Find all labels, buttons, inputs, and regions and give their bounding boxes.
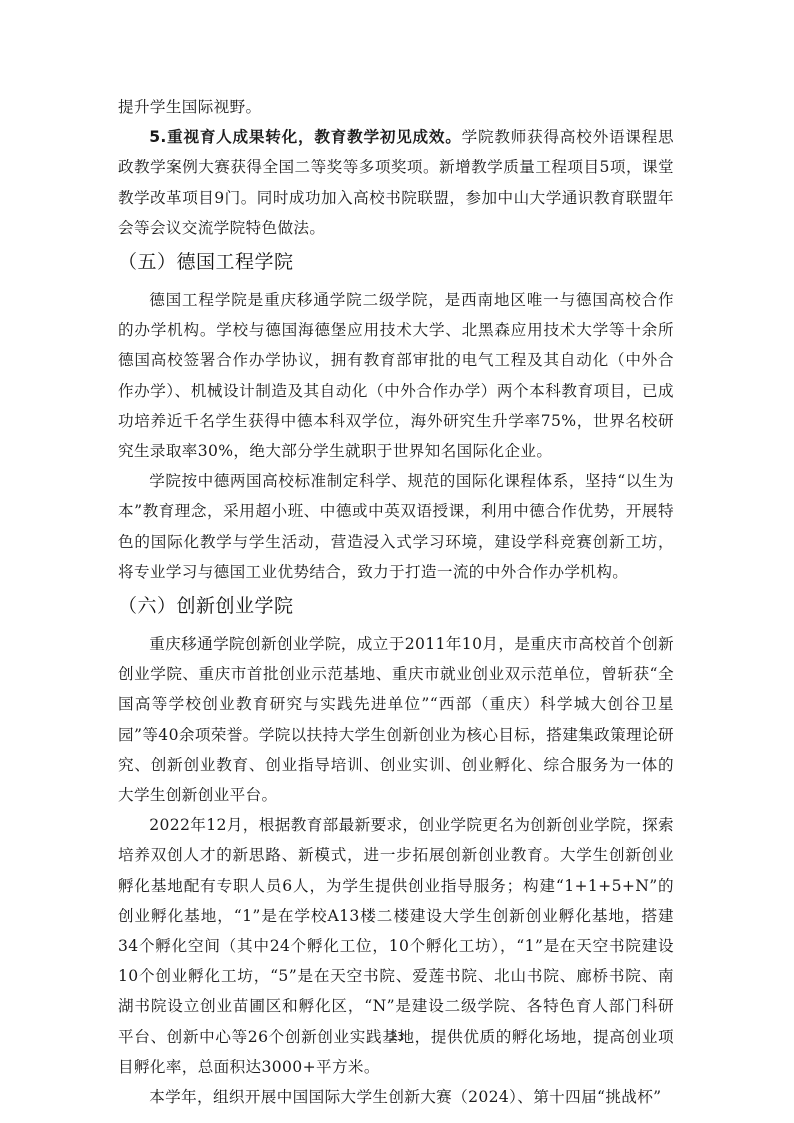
paragraph-german-curriculum: 学院按中德两国高校标准制定科学、规范的国际化课程体系，坚持“以生为本”教育理念，… xyxy=(118,466,674,587)
paragraph-german-intro: 德国工程学院是重庆移通学院二级学院，是西南地区唯一与德国高校合作的办学机构。学校… xyxy=(118,285,674,466)
paragraph-academic-year: 本学年，组织开展中国国际大学生创新大赛（2024）、第十四届“挑战杯” xyxy=(118,1082,674,1112)
paragraph-achievements: 5.重视育人成果转化，教育教学初见成效。学院教师获得高校外语课程思政教学案例大赛… xyxy=(118,122,674,243)
page-number: 23 xyxy=(0,1030,794,1043)
paragraph-continuation: 提升学生国际视野。 xyxy=(118,92,674,122)
paragraph-innovation-intro: 重庆移通学院创新创业学院，成立于2011年10月，是重庆市高校首个创新创业学院、… xyxy=(118,629,674,810)
document-page: 提升学生国际视野。 5.重视育人成果转化，教育教学初见成效。学院教师获得高校外语… xyxy=(118,92,674,1112)
section-heading-innovation-entrepreneurship: （六）创新创业学院 xyxy=(118,589,674,623)
section-heading-german-engineering: （五）德国工程学院 xyxy=(118,245,674,279)
paragraph-lead-bold: 5.重视育人成果转化，教育教学初见成效。 xyxy=(149,128,461,146)
